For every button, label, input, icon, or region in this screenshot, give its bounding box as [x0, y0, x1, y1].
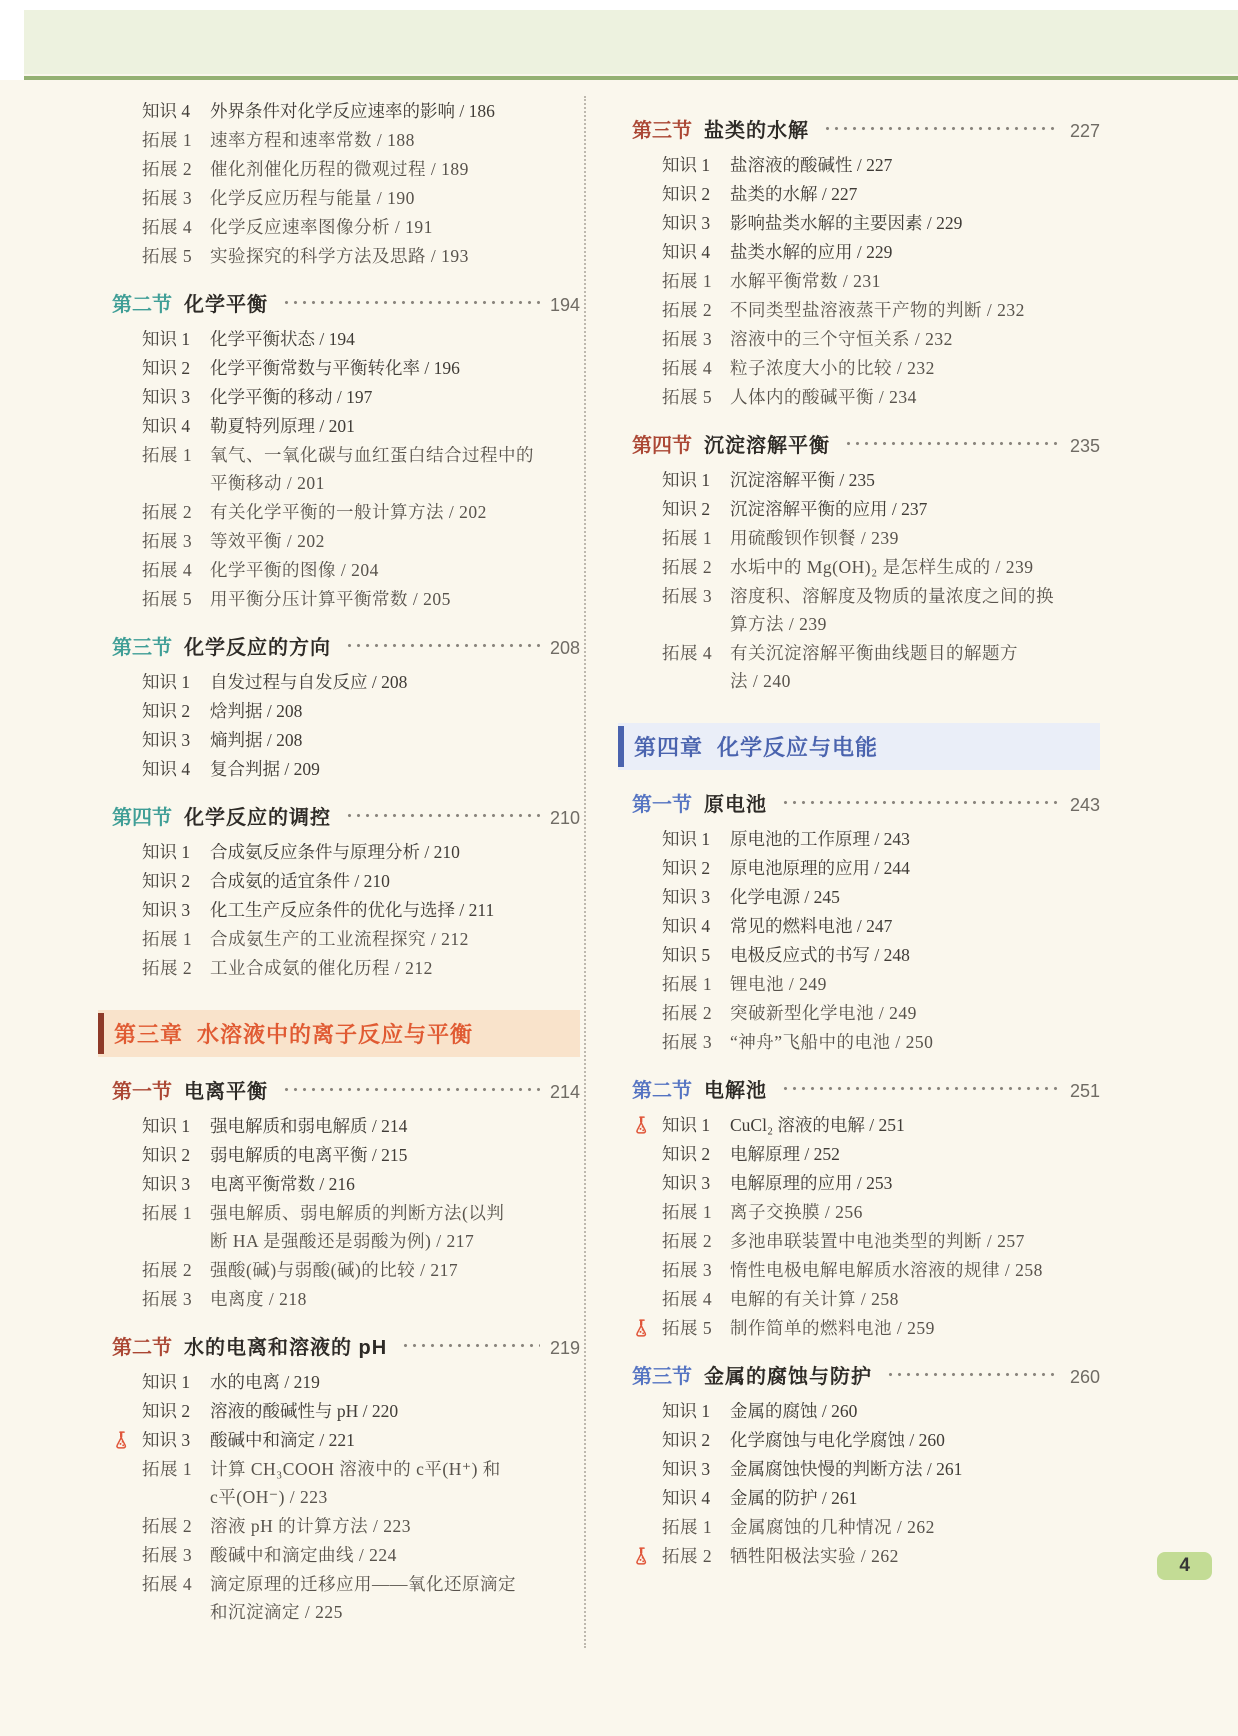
flask-icon [112, 1430, 132, 1450]
toc-item: 拓展 2溶液 pH 的计算方法 / 223 [112, 1512, 580, 1540]
item-text: 溶液中的三个守恒关系 / 232 [730, 325, 1100, 353]
item-text: 酸碱中和滴定 / 221 [210, 1426, 580, 1454]
item-text-line: 制作简单的燃料电池 / 259 [730, 1314, 1100, 1342]
item-text: 化学腐蚀与电化学腐蚀 / 260 [730, 1426, 1100, 1454]
item-text-line: 溶液的酸碱性与 pH / 220 [210, 1397, 580, 1425]
item-text: 溶液 pH 的计算方法 / 223 [210, 1512, 580, 1540]
item-prefix: 拓展 5 [662, 383, 730, 411]
item-prefix: 拓展 3 [142, 1541, 210, 1569]
item-text: 惰性电极电解电解质水溶液的规律 / 258 [730, 1256, 1100, 1284]
item-text-line: 有关沉淀溶解平衡曲线题目的解题方 [730, 639, 1100, 667]
item-prefix: 知识 1 [142, 1368, 210, 1396]
dot-leader [282, 1085, 540, 1095]
item-text-line: “神舟”飞船中的电池 / 250 [730, 1028, 1100, 1056]
page-left-margin [0, 0, 24, 80]
item-text-line: 等效平衡 / 202 [210, 527, 580, 555]
item-text-line: 用硫酸钡作钡餐 / 239 [730, 524, 1100, 552]
item-prefix: 知识 3 [662, 1455, 730, 1483]
section-label: 第三节 [632, 1360, 692, 1389]
item-text: 金属的防护 / 261 [730, 1484, 1100, 1512]
item-text-line: 电解原理的应用 / 253 [730, 1169, 1100, 1197]
page-top-margin [0, 0, 1238, 10]
item-prefix: 拓展 1 [662, 1513, 730, 1541]
toc-item: 拓展 3酸碱中和滴定曲线 / 224 [112, 1541, 580, 1569]
toc-item: 知识 4金属的防护 / 261 [632, 1484, 1100, 1512]
toc-item: 拓展 1水解平衡常数 / 231 [632, 267, 1100, 295]
toc-item: 知识 3熵判据 / 208 [112, 726, 580, 754]
item-text-line: 强电解质、弱电解质的判断方法(以判 [210, 1199, 580, 1227]
section-title: 金属的腐蚀与防护 [704, 1360, 872, 1389]
dot-leader [401, 1341, 540, 1351]
item-text-line: 盐类的水解 / 227 [730, 180, 1100, 208]
item-prefix: 知识 2 [142, 1141, 210, 1169]
item-prefix: 知识 4 [662, 912, 730, 940]
toc-item: 拓展 1速率方程和速率常数 / 188 [112, 126, 580, 154]
item-text: 化学电源 / 245 [730, 883, 1100, 911]
toc-item: 知识 2原电池原理的应用 / 244 [632, 854, 1100, 882]
item-text-line: 化工生产反应条件的优化与选择 / 211 [210, 896, 580, 924]
toc-item: 拓展 2水垢中的 Mg(OH)₂ 是怎样生成的 / 239 [632, 553, 1100, 581]
flask-icon [632, 1546, 652, 1566]
toc-item: 知识 3化学电源 / 245 [632, 883, 1100, 911]
item-text: 有关沉淀溶解平衡曲线题目的解题方法 / 240 [730, 639, 1100, 695]
item-prefix: 拓展 3 [662, 325, 730, 353]
item-text: 合成氨生产的工业流程探究 / 212 [210, 925, 580, 953]
item-text-line: 滴定原理的迁移应用——氧化还原滴定 [210, 1570, 580, 1598]
item-text-line: 溶度积、溶解度及物质的量浓度之间的换 [730, 582, 1100, 610]
item-text: 原电池原理的应用 / 244 [730, 854, 1100, 882]
item-text-line: 沉淀溶解平衡 / 235 [730, 466, 1100, 494]
item-text-line: 氧气、一氧化碳与血红蛋白结合过程中的 [210, 441, 580, 469]
scanned-toc-page: 知识 4外界条件对化学反应速率的影响 / 186拓展 1速率方程和速率常数 / … [0, 0, 1238, 1736]
dot-leader [823, 124, 1060, 134]
toc-item: 拓展 1氧气、一氧化碳与血红蛋白结合过程中的平衡移动 / 201 [112, 441, 580, 497]
item-text-line: 化学平衡的图像 / 204 [210, 556, 580, 584]
item-text: 影响盐类水解的主要因素 / 229 [730, 209, 1100, 237]
item-text: 溶液的酸碱性与 pH / 220 [210, 1397, 580, 1425]
item-prefix: 知识 4 [142, 412, 210, 440]
section-page: 260 [1070, 1367, 1100, 1388]
toc-item: 拓展 3电离度 / 218 [112, 1285, 580, 1313]
item-text-line: 有关化学平衡的一般计算方法 / 202 [210, 498, 580, 526]
item-text: 电离平衡常数 / 216 [210, 1170, 580, 1198]
toc-item: 拓展 1离子交换膜 / 256 [632, 1198, 1100, 1226]
item-text: 酸碱中和滴定曲线 / 224 [210, 1541, 580, 1569]
item-text-line: 熵判据 / 208 [210, 726, 580, 754]
item-prefix: 拓展 1 [142, 1455, 210, 1511]
item-text-line: 水解平衡常数 / 231 [730, 267, 1100, 295]
item-text-line: 化学反应历程与能量 / 190 [210, 184, 580, 212]
dot-leader [345, 811, 540, 821]
item-text: 氧气、一氧化碳与血红蛋白结合过程中的平衡移动 / 201 [210, 441, 580, 497]
toc-item: 拓展 3惰性电极电解电解质水溶液的规律 / 258 [632, 1256, 1100, 1284]
toc-item: 知识 2溶液的酸碱性与 pH / 220 [112, 1397, 580, 1425]
item-prefix: 拓展 1 [662, 267, 730, 295]
item-prefix: 知识 3 [662, 209, 730, 237]
section-title: 化学反应的方向 [184, 631, 331, 660]
item-text: 催化剂催化历程的微观过程 / 189 [210, 155, 580, 183]
toc-item: 拓展 4有关沉淀溶解平衡曲线题目的解题方法 / 240 [632, 639, 1100, 695]
item-text: 强酸(碱)与弱酸(碱)的比较 / 217 [210, 1256, 580, 1284]
item-text: 电离度 / 218 [210, 1285, 580, 1313]
item-prefix: 知识 2 [142, 354, 210, 382]
item-text: 工业合成氨的催化历程 / 212 [210, 954, 580, 982]
item-text-line: 法 / 240 [730, 667, 1100, 695]
section-header: 第一节电离平衡214 [112, 1075, 580, 1104]
section-header: 第二节化学平衡194 [112, 288, 580, 317]
item-text-line: 化学平衡常数与平衡转化率 / 196 [210, 354, 580, 382]
item-prefix: 拓展 2 [142, 1512, 210, 1540]
item-text: 化学反应历程与能量 / 190 [210, 184, 580, 212]
toc-item: 知识 3电离平衡常数 / 216 [112, 1170, 580, 1198]
item-prefix: 知识 1 [142, 325, 210, 353]
item-text-line: 原电池的工作原理 / 243 [730, 825, 1100, 853]
item-text: 计算 CH₃COOH 溶液中的 c平(H⁺) 和c平(OH⁻) / 223 [210, 1455, 580, 1511]
item-prefix: 知识 1 [662, 1397, 730, 1425]
item-text: 盐溶液的酸碱性 / 227 [730, 151, 1100, 179]
item-prefix: 知识 1 [662, 466, 730, 494]
item-text-line: 强电解质和弱电解质 / 214 [210, 1112, 580, 1140]
item-prefix: 知识 1 [142, 838, 210, 866]
section-label: 第二节 [632, 1074, 692, 1103]
item-text-line: 溶液中的三个守恒关系 / 232 [730, 325, 1100, 353]
item-text-line: 化学腐蚀与电化学腐蚀 / 260 [730, 1426, 1100, 1454]
item-text: 原电池的工作原理 / 243 [730, 825, 1100, 853]
item-prefix: 知识 3 [142, 896, 210, 924]
chapter-title: 水溶液中的离子反应与平衡 [197, 1018, 473, 1049]
item-text-line: 算方法 / 239 [730, 610, 1100, 638]
item-text: 化学反应速率图像分析 / 191 [210, 213, 580, 241]
section-title: 原电池 [704, 788, 767, 817]
item-text-line: 电极反应式的书写 / 248 [730, 941, 1100, 969]
item-prefix: 拓展 2 [142, 498, 210, 526]
item-text: 电极反应式的书写 / 248 [730, 941, 1100, 969]
item-text-line: 实验探究的科学方法及思路 / 193 [210, 242, 580, 270]
item-text: 电解的有关计算 / 258 [730, 1285, 1100, 1313]
item-text: 水的电离 / 219 [210, 1368, 580, 1396]
toc-item: 知识 1原电池的工作原理 / 243 [632, 825, 1100, 853]
toc-item: 拓展 3溶液中的三个守恒关系 / 232 [632, 325, 1100, 353]
toc-item: 知识 1沉淀溶解平衡 / 235 [632, 466, 1100, 494]
toc-item: 拓展 3“神舟”飞船中的电池 / 250 [632, 1028, 1100, 1056]
item-text-line: 影响盐类水解的主要因素 / 229 [730, 209, 1100, 237]
item-text: 多池串联装置中电池类型的判断 / 257 [730, 1227, 1100, 1255]
toc-item: 拓展 2牺牲阳极法实验 / 262 [632, 1542, 1100, 1570]
item-text: 制作简单的燃料电池 / 259 [730, 1314, 1100, 1342]
item-text: “神舟”飞船中的电池 / 250 [730, 1028, 1100, 1056]
item-prefix: 拓展 4 [142, 556, 210, 584]
section-header: 第三节金属的腐蚀与防护260 [632, 1360, 1100, 1389]
item-text-line: 化学平衡状态 / 194 [210, 325, 580, 353]
section-header: 第二节电解池251 [632, 1074, 1100, 1103]
dot-leader [345, 641, 540, 651]
item-prefix: 知识 3 [142, 1426, 210, 1454]
toc-item: 知识 3影响盐类水解的主要因素 / 229 [632, 209, 1100, 237]
section-page: 194 [550, 295, 580, 316]
item-text: CuCl₂ 溶液的电解 / 251 [730, 1111, 1100, 1139]
item-prefix: 知识 1 [662, 1111, 730, 1139]
item-text: 锂电池 / 249 [730, 970, 1100, 998]
item-text: 粒子浓度大小的比较 / 232 [730, 354, 1100, 382]
section-label: 第二节 [112, 288, 172, 317]
section-page: 251 [1070, 1081, 1100, 1102]
toc-item: 拓展 2强酸(碱)与弱酸(碱)的比较 / 217 [112, 1256, 580, 1284]
section-page: 243 [1070, 795, 1100, 816]
item-prefix: 知识 1 [662, 825, 730, 853]
item-prefix: 知识 3 [662, 1169, 730, 1197]
toc-item: 拓展 5人体内的酸碱平衡 / 234 [632, 383, 1100, 411]
item-prefix: 拓展 2 [142, 1256, 210, 1284]
item-prefix: 拓展 5 [142, 242, 210, 270]
chapter-label: 第三章 [114, 1018, 183, 1049]
toc-item: 拓展 4化学反应速率图像分析 / 191 [112, 213, 580, 241]
item-text: 自发过程与自发反应 / 208 [210, 668, 580, 696]
item-text: 焓判据 / 208 [210, 697, 580, 725]
section-title: 化学反应的调控 [184, 801, 331, 830]
toc-item: 拓展 5实验探究的科学方法及思路 / 193 [112, 242, 580, 270]
item-text-line: 盐类水解的应用 / 229 [730, 238, 1100, 266]
section-label: 第四节 [112, 801, 172, 830]
toc-item: 知识 2沉淀溶解平衡的应用 / 237 [632, 495, 1100, 523]
item-text-line: 酸碱中和滴定 / 221 [210, 1426, 580, 1454]
item-text: 金属的腐蚀 / 260 [730, 1397, 1100, 1425]
item-text-line: CuCl₂ 溶液的电解 / 251 [730, 1111, 1100, 1139]
toc-item: 拓展 2不同类型盐溶液蒸干产物的判断 / 232 [632, 296, 1100, 324]
item-text-line: 酸碱中和滴定曲线 / 224 [210, 1541, 580, 1569]
item-text: 溶度积、溶解度及物质的量浓度之间的换算方法 / 239 [730, 582, 1100, 638]
item-text: 电解原理 / 252 [730, 1140, 1100, 1168]
section-label: 第一节 [632, 788, 692, 817]
item-text-line: 水垢中的 Mg(OH)₂ 是怎样生成的 / 239 [730, 553, 1100, 581]
item-prefix: 拓展 2 [662, 553, 730, 581]
toc-item: 知识 2弱电解质的电离平衡 / 215 [112, 1141, 580, 1169]
item-prefix: 拓展 4 [662, 1285, 730, 1313]
item-text-line: 计算 CH₃COOH 溶液中的 c平(H⁺) 和 [210, 1455, 580, 1483]
toc-item: 知识 2盐类的水解 / 227 [632, 180, 1100, 208]
item-text-line: 金属腐蚀快慢的判断方法 / 261 [730, 1455, 1100, 1483]
item-text-line: 电离平衡常数 / 216 [210, 1170, 580, 1198]
page-number-badge: 4 [1157, 1552, 1212, 1580]
toc-item: 拓展 3溶度积、溶解度及物质的量浓度之间的换算方法 / 239 [632, 582, 1100, 638]
item-text-line: 电离度 / 218 [210, 1285, 580, 1313]
item-text-line: 电解的有关计算 / 258 [730, 1285, 1100, 1313]
item-prefix: 拓展 4 [662, 639, 730, 695]
item-prefix: 知识 2 [142, 697, 210, 725]
toc-item: 拓展 5用平衡分压计算平衡常数 / 205 [112, 585, 580, 613]
toc-item: 知识 4常见的燃料电池 / 247 [632, 912, 1100, 940]
item-text-line: 自发过程与自发反应 / 208 [210, 668, 580, 696]
toc-item: 知识 1合成氨反应条件与原理分析 / 210 [112, 838, 580, 866]
section-label: 第一节 [112, 1075, 172, 1104]
item-text-line: 人体内的酸碱平衡 / 234 [730, 383, 1100, 411]
toc-item: 知识 2焓判据 / 208 [112, 697, 580, 725]
toc-item: 知识 1盐溶液的酸碱性 / 227 [632, 151, 1100, 179]
chapter-title: 化学反应与电能 [717, 731, 878, 762]
item-text-line: 牺牲阳极法实验 / 262 [730, 1542, 1100, 1570]
toc-column-left: 知识 4外界条件对化学反应速率的影响 / 186拓展 1速率方程和速率常数 / … [112, 96, 580, 1627]
item-text: 化学平衡的图像 / 204 [210, 556, 580, 584]
item-prefix: 拓展 4 [662, 354, 730, 382]
item-text: 化学平衡常数与平衡转化率 / 196 [210, 354, 580, 382]
item-prefix: 知识 2 [662, 180, 730, 208]
item-prefix: 拓展 2 [662, 1542, 730, 1570]
toc-item: 拓展 1强电解质、弱电解质的判断方法(以判断 HA 是强酸还是弱酸为例) / 2… [112, 1199, 580, 1255]
item-text-line: 突破新型化学电池 / 249 [730, 999, 1100, 1027]
item-text: 用平衡分压计算平衡常数 / 205 [210, 585, 580, 613]
item-text: 盐类的水解 / 227 [730, 180, 1100, 208]
toc-item: 拓展 3化学反应历程与能量 / 190 [112, 184, 580, 212]
section-header: 第一节原电池243 [632, 788, 1100, 817]
item-prefix: 拓展 3 [662, 582, 730, 638]
dot-leader [781, 798, 1060, 808]
dot-leader [844, 439, 1060, 449]
item-text-line: 合成氨反应条件与原理分析 / 210 [210, 838, 580, 866]
toc-item: 知识 3化工生产反应条件的优化与选择 / 211 [112, 896, 580, 924]
chapter-accent-bar [618, 726, 624, 767]
item-prefix: 拓展 1 [142, 925, 210, 953]
toc-item: 拓展 4滴定原理的迁移应用——氧化还原滴定和沉淀滴定 / 225 [112, 1570, 580, 1626]
toc-item: 知识 5电极反应式的书写 / 248 [632, 941, 1100, 969]
item-prefix: 知识 2 [142, 867, 210, 895]
item-text: 不同类型盐溶液蒸干产物的判断 / 232 [730, 296, 1100, 324]
toc-item: 拓展 4化学平衡的图像 / 204 [112, 556, 580, 584]
item-text-line: 断 HA 是强酸还是弱酸为例) / 217 [210, 1227, 580, 1255]
item-prefix: 拓展 5 [662, 1314, 730, 1342]
item-prefix: 知识 2 [662, 854, 730, 882]
item-text-line: 催化剂催化历程的微观过程 / 189 [210, 155, 580, 183]
item-text: 熵判据 / 208 [210, 726, 580, 754]
item-text: 速率方程和速率常数 / 188 [210, 126, 580, 154]
item-prefix: 拓展 3 [662, 1028, 730, 1056]
toc-item: 知识 4盐类水解的应用 / 229 [632, 238, 1100, 266]
item-prefix: 拓展 3 [142, 527, 210, 555]
item-text: 金属腐蚀快慢的判断方法 / 261 [730, 1455, 1100, 1483]
item-prefix: 知识 4 [142, 97, 210, 125]
item-text: 用硫酸钡作钡餐 / 239 [730, 524, 1100, 552]
toc-item: 拓展 2有关化学平衡的一般计算方法 / 202 [112, 498, 580, 526]
toc-item: 知识 2电解原理 / 252 [632, 1140, 1100, 1168]
chapter-banner: 第四章化学反应与电能 [618, 723, 1100, 770]
section-label: 第二节 [112, 1331, 172, 1360]
item-text-line: 化学电源 / 245 [730, 883, 1100, 911]
item-prefix: 知识 1 [662, 151, 730, 179]
toc-item: 拓展 2工业合成氨的催化历程 / 212 [112, 954, 580, 982]
item-text: 合成氨的适宜条件 / 210 [210, 867, 580, 895]
item-text: 常见的燃料电池 / 247 [730, 912, 1100, 940]
section-header: 第四节沉淀溶解平衡235 [632, 429, 1100, 458]
toc-item: 知识 4勒夏特列原理 / 201 [112, 412, 580, 440]
item-text-line: 离子交换膜 / 256 [730, 1198, 1100, 1226]
toc-item: 知识 2化学平衡常数与平衡转化率 / 196 [112, 354, 580, 382]
section-header: 第二节水的电离和溶液的 pH219 [112, 1331, 580, 1360]
section-title: 电解池 [704, 1074, 767, 1103]
section-page: 210 [550, 808, 580, 829]
item-text-line: c平(OH⁻) / 223 [210, 1483, 580, 1511]
section-header: 第三节化学反应的方向208 [112, 631, 580, 660]
item-text: 水解平衡常数 / 231 [730, 267, 1100, 295]
item-text: 等效平衡 / 202 [210, 527, 580, 555]
item-prefix: 拓展 3 [142, 1285, 210, 1313]
section-title: 盐类的水解 [704, 114, 809, 143]
toc-item: 知识 1自发过程与自发反应 / 208 [112, 668, 580, 696]
item-prefix: 拓展 2 [142, 155, 210, 183]
item-text-line: 速率方程和速率常数 / 188 [210, 126, 580, 154]
section-header: 第三节盐类的水解227 [632, 114, 1100, 143]
toc-item: 拓展 4粒子浓度大小的比较 / 232 [632, 354, 1100, 382]
dot-leader [282, 298, 540, 308]
toc-column-right: 第三节盐类的水解227知识 1盐溶液的酸碱性 / 227知识 2盐类的水解 / … [632, 96, 1100, 1627]
item-prefix: 拓展 4 [142, 1570, 210, 1626]
section-label: 第三节 [112, 631, 172, 660]
column-divider [584, 96, 586, 1648]
item-text-line: 化学平衡的移动 / 197 [210, 383, 580, 411]
section-title: 沉淀溶解平衡 [704, 429, 830, 458]
item-text: 弱电解质的电离平衡 / 215 [210, 1141, 580, 1169]
section-title: 水的电离和溶液的 pH [184, 1331, 387, 1360]
item-text-line: 常见的燃料电池 / 247 [730, 912, 1100, 940]
toc-item: 知识 1化学平衡状态 / 194 [112, 325, 580, 353]
item-prefix: 知识 4 [662, 1484, 730, 1512]
item-text: 滴定原理的迁移应用——氧化还原滴定和沉淀滴定 / 225 [210, 1570, 580, 1626]
toc-item: 知识 2合成氨的适宜条件 / 210 [112, 867, 580, 895]
item-text-line: 锂电池 / 249 [730, 970, 1100, 998]
item-prefix: 知识 2 [662, 1426, 730, 1454]
item-text: 沉淀溶解平衡 / 235 [730, 466, 1100, 494]
item-text-line: 焓判据 / 208 [210, 697, 580, 725]
toc-item: 知识 4复合判据 / 209 [112, 755, 580, 783]
toc-item: 拓展 2多池串联装置中电池类型的判断 / 257 [632, 1227, 1100, 1255]
item-text-line: 沉淀溶解平衡的应用 / 237 [730, 495, 1100, 523]
item-prefix: 拓展 2 [662, 296, 730, 324]
toc-item: 知识 4外界条件对化学反应速率的影响 / 186 [112, 97, 580, 125]
item-prefix: 知识 3 [142, 1170, 210, 1198]
item-text: 合成氨反应条件与原理分析 / 210 [210, 838, 580, 866]
toc-item: 知识 3电解原理的应用 / 253 [632, 1169, 1100, 1197]
item-text: 外界条件对化学反应速率的影响 / 186 [210, 97, 580, 125]
chapter-accent-bar [98, 1013, 104, 1054]
item-text-line: 平衡移动 / 201 [210, 469, 580, 497]
item-prefix: 拓展 1 [662, 524, 730, 552]
toc-item: 拓展 3等效平衡 / 202 [112, 527, 580, 555]
item-prefix: 知识 2 [662, 495, 730, 523]
item-prefix: 拓展 1 [142, 1199, 210, 1255]
item-text-line: 溶液 pH 的计算方法 / 223 [210, 1512, 580, 1540]
toc-item: 拓展 1合成氨生产的工业流程探究 / 212 [112, 925, 580, 953]
header-rule [24, 76, 1238, 80]
item-prefix: 知识 3 [142, 726, 210, 754]
section-label: 第三节 [632, 114, 692, 143]
item-text-line: 工业合成氨的催化历程 / 212 [210, 954, 580, 982]
item-text: 有关化学平衡的一般计算方法 / 202 [210, 498, 580, 526]
toc-item: 知识 1金属的腐蚀 / 260 [632, 1397, 1100, 1425]
item-text: 金属腐蚀的几种情况 / 262 [730, 1513, 1100, 1541]
item-prefix: 拓展 2 [142, 954, 210, 982]
item-text: 强电解质和弱电解质 / 214 [210, 1112, 580, 1140]
item-prefix: 拓展 1 [142, 126, 210, 154]
section-label: 第四节 [632, 429, 692, 458]
item-text: 复合判据 / 209 [210, 755, 580, 783]
item-text-line: 强酸(碱)与弱酸(碱)的比较 / 217 [210, 1256, 580, 1284]
toc-item: 拓展 1金属腐蚀的几种情况 / 262 [632, 1513, 1100, 1541]
toc-columns: 知识 4外界条件对化学反应速率的影响 / 186拓展 1速率方程和速率常数 / … [112, 96, 1100, 1627]
item-text-line: 外界条件对化学反应速率的影响 / 186 [210, 97, 580, 125]
item-text-line: 金属腐蚀的几种情况 / 262 [730, 1513, 1100, 1541]
item-text: 突破新型化学电池 / 249 [730, 999, 1100, 1027]
item-text: 勒夏特列原理 / 201 [210, 412, 580, 440]
item-text: 盐类水解的应用 / 229 [730, 238, 1100, 266]
item-prefix: 拓展 1 [662, 970, 730, 998]
item-text-line: 原电池原理的应用 / 244 [730, 854, 1100, 882]
